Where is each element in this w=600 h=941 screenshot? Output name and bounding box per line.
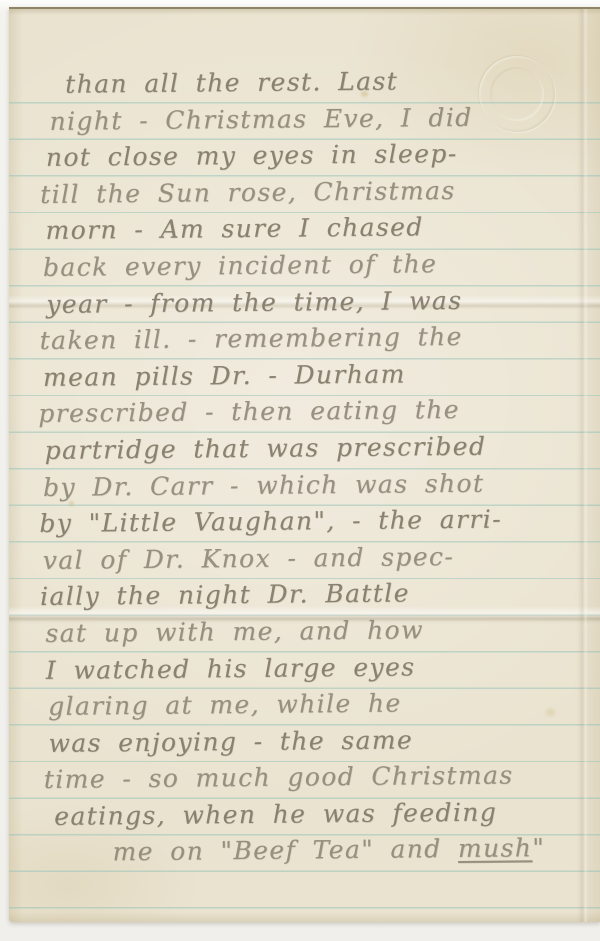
handwriting-line: morn - Am sure I chased (45, 208, 599, 250)
final-line-prefix: me on "Beef Tea" and (112, 834, 458, 866)
handwriting-line: by Dr. Carr - which was shot (43, 464, 600, 506)
handwritten-text: than all the rest. Last night - Christma… (35, 62, 600, 872)
handwriting-line: year - from the time, I was (46, 281, 600, 323)
handwriting-line: sat up with me, and how (45, 610, 600, 652)
scanned-letter-background: than all the rest. Last night - Christma… (0, 0, 600, 941)
handwriting-line: ially the night Dr. Battle (40, 574, 600, 616)
handwriting-line: night - Christmas Eve, I did (49, 98, 598, 140)
handwriting-line: partridge that was prescribed (45, 428, 600, 470)
handwriting-line: not close my eyes in sleep- (46, 135, 599, 177)
handwriting-line: time - so much good Christmas (44, 757, 600, 799)
handwriting-line: val of Dr. Knox - and spec- (43, 537, 600, 579)
final-line-underlined-word: mush (458, 834, 533, 864)
handwriting-line: mean pills Dr. - Durham (43, 354, 600, 396)
handwriting-line: I watched his large eyes (46, 647, 600, 689)
handwriting-line: till the Sun rose, Christmas (40, 171, 599, 213)
handwriting-line: by "Little Vaughan", - the arri- (39, 501, 600, 543)
letter-page: than all the rest. Last night - Christma… (9, 7, 600, 922)
handwriting-line: prescribed - then eating the (38, 391, 600, 433)
handwriting-line: back every incident of the (43, 245, 600, 287)
handwriting-line: taken ill. - remembering the (39, 318, 600, 360)
handwriting-line-final: me on "Beef Tea" and mush" (112, 830, 600, 871)
handwriting-line: than all the rest. Last (65, 62, 598, 104)
handwriting-line: eatings, when he was feeding (54, 793, 600, 835)
handwriting-line: glaring at me, while he (48, 684, 600, 726)
handwriting-line: was enjoying - the same (48, 720, 600, 762)
final-line-suffix: " (532, 834, 545, 863)
